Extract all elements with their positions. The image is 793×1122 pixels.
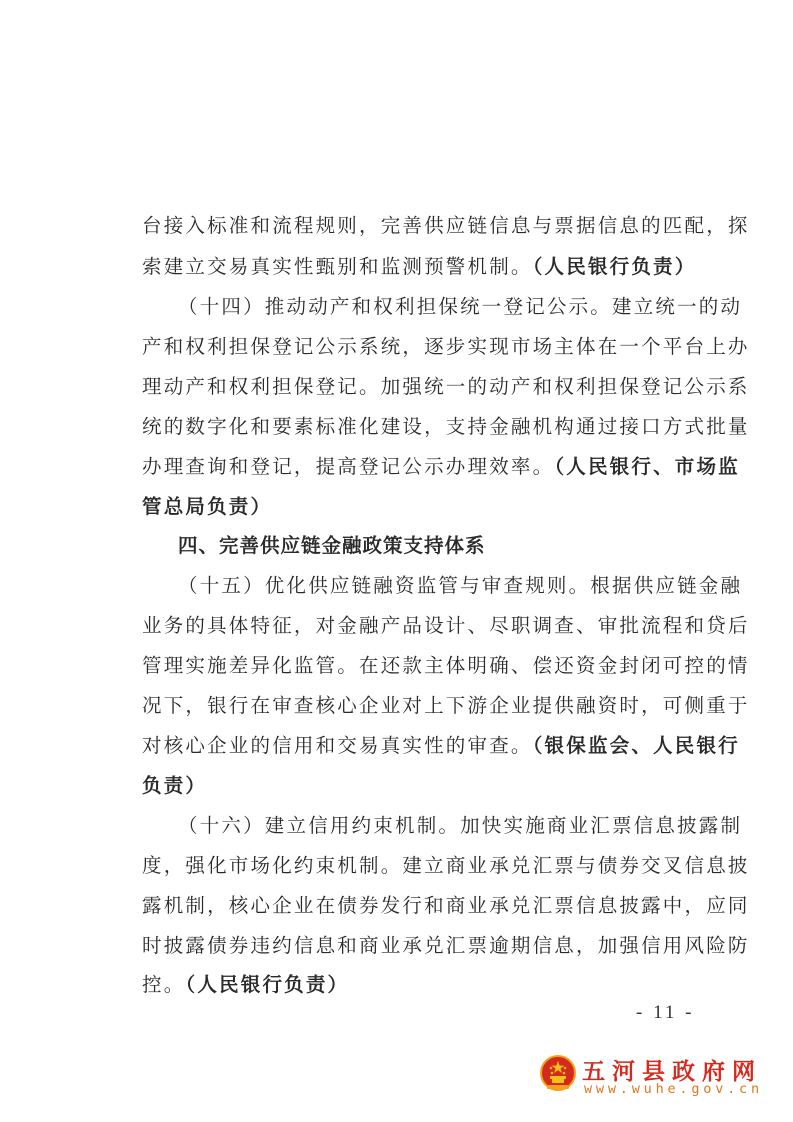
text-line: 对核心企业的信用和交易真实性的审查。（银保监会、人民银行 <box>142 733 666 759</box>
national-emblem-icon <box>540 1055 576 1093</box>
site-url[interactable]: www.wuhe.gov.cn <box>584 1081 763 1097</box>
text-line: 产和权利担保登记公示系统，逐步实现市场主体在一个平台上办 <box>142 334 666 360</box>
text-line: 办理查询和登记，提高登记公示办理效率。（人民银行、市场监 <box>142 454 666 480</box>
responsibility-note: 负责） <box>142 774 207 797</box>
responsibility-note: （人民银行负责） <box>533 255 697 278</box>
responsibility-note: （人民银行负责） <box>185 973 349 996</box>
responsibility-note: （银保监会、人民银行 <box>533 734 740 757</box>
text-line: 索建立交易真实性甄别和监测预警机制。（人民银行负责） <box>142 254 666 280</box>
paragraph-start-15: （十五）优化供应链融资监管与审查规则。根据供应链金融 <box>178 573 666 599</box>
text-line: 管总局负责） <box>142 494 666 520</box>
document-page: 台接入标准和流程规则，完善供应链信息与票据信息的匹配，探 索建立交易真实性甄别和… <box>0 0 793 1122</box>
text-line: 统的数字化和要素标准化建设，支持金融机构通过接口方式批量 <box>142 414 666 440</box>
text-line: 时披露债券违约信息和商业承兑汇票逾期信息，加强信用风险防 <box>142 933 666 959</box>
text-line: 管理实施差异化监管。在还款主体明确、偿还资金封闭可控的情 <box>142 653 666 679</box>
text-line: 控。（人民银行负责） <box>142 972 666 998</box>
text-line: 况下，银行在审查核心企业对上下游企业提供融资时，可侧重于 <box>142 693 666 719</box>
text-line: 台接入标准和流程规则，完善供应链信息与票据信息的匹配，探 <box>142 213 666 239</box>
responsibility-note: 管总局负责） <box>142 495 272 518</box>
paragraph-start-14: （十四）推动动产和权利担保统一登记公示。建立统一的动 <box>178 294 666 320</box>
responsibility-note: （人民银行、市场监 <box>554 455 740 478</box>
text-line: 业务的具体特征，对金融产品设计、尽职调查、审批流程和贷后 <box>142 613 666 639</box>
text-line: 露机制，核心企业在债券发行和商业承兑汇票信息披露中，应同 <box>142 893 666 919</box>
text-line: 负责） <box>142 773 666 799</box>
text-line: 理动产和权利担保登记。加强统一的动产和权利担保登记公示系 <box>142 374 666 400</box>
section-heading: 四、完善供应链金融政策支持体系 <box>178 533 486 559</box>
page-number: - 11 - <box>636 1002 694 1024</box>
text-line: 度，强化市场化约束机制。建立商业承兑汇票与债券交叉信息披 <box>142 853 666 879</box>
site-watermark-logo[interactable]: 五河县政府网 www.wuhe.gov.cn <box>540 1053 760 1109</box>
paragraph-start-16: （十六）建立信用约束机制。加快实施商业汇票信息披露制 <box>178 813 666 839</box>
